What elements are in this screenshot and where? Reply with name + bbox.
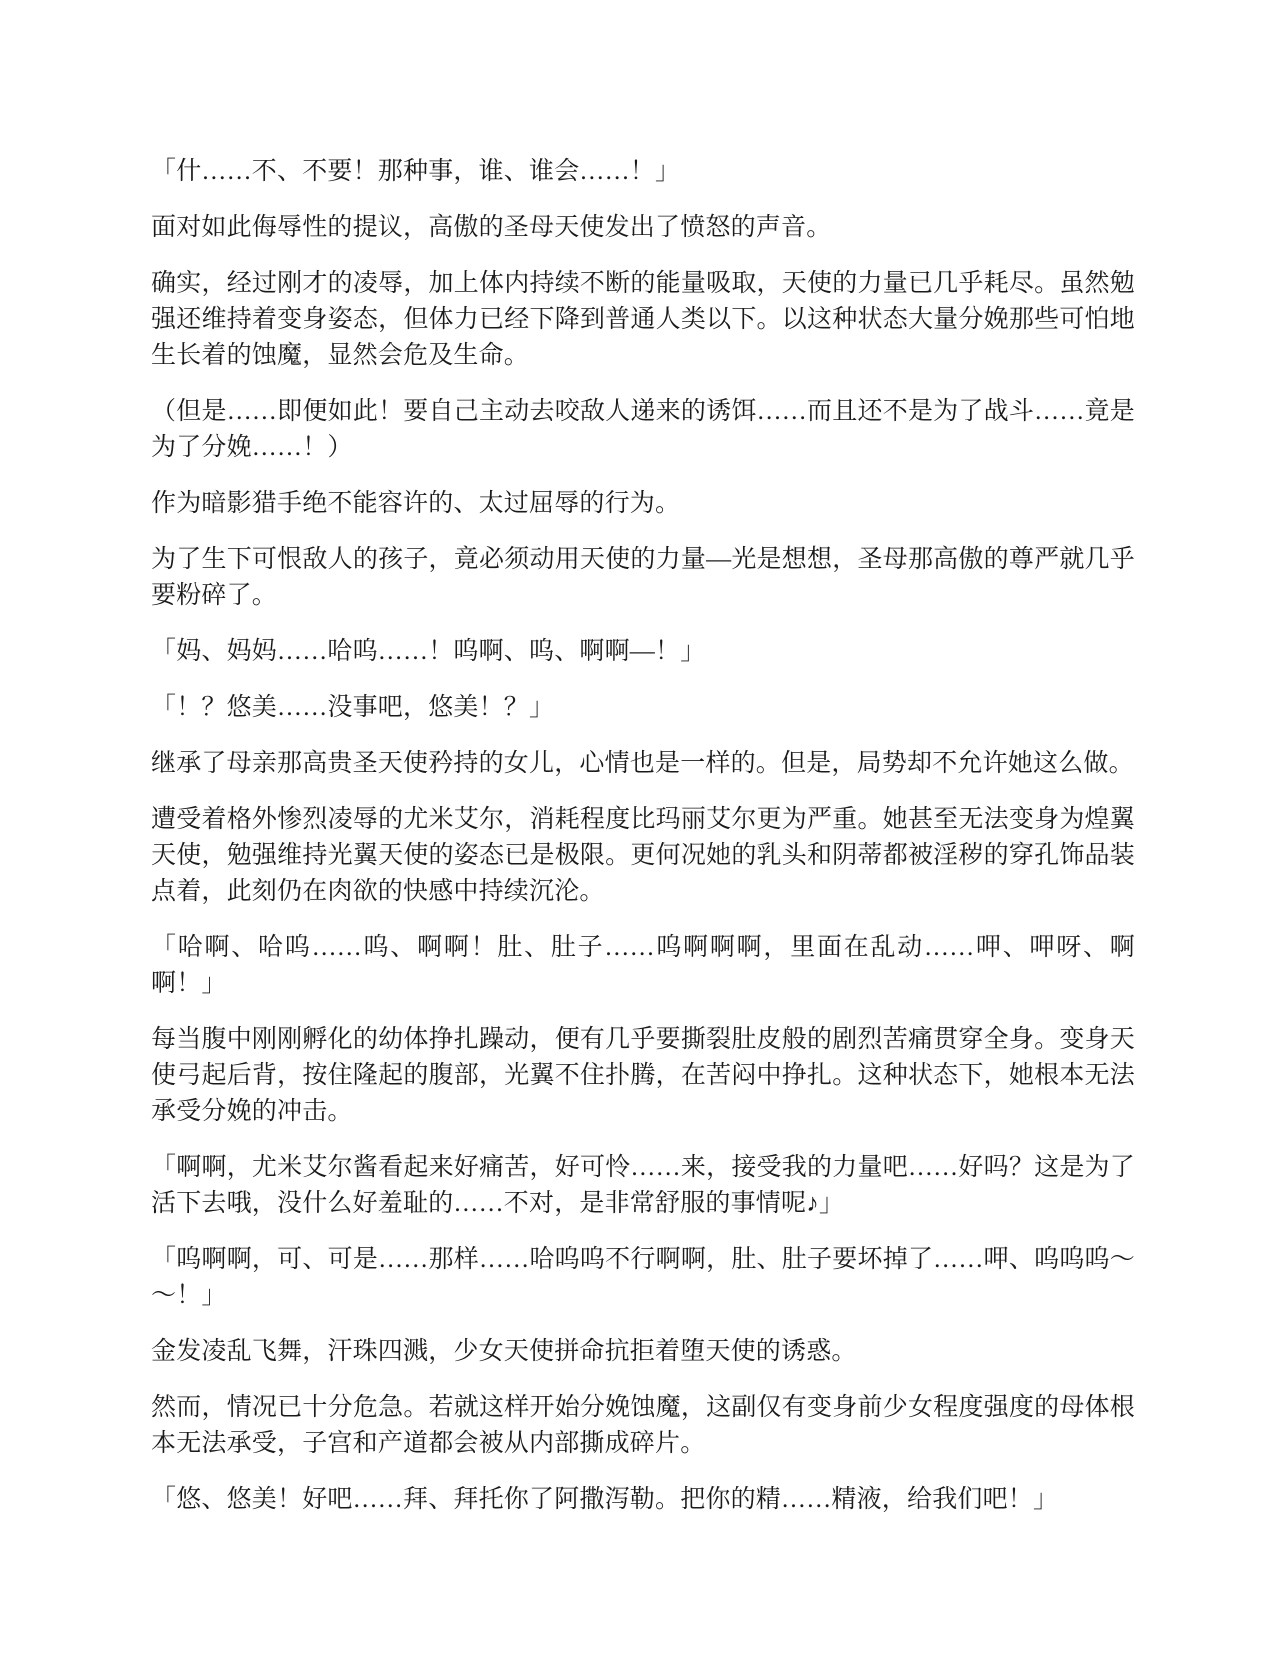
paragraph: （但是……即便如此！要自己主动去咬敌人递来的诱饵……而且还不是为了战斗……竟是为… xyxy=(151,394,1135,466)
paragraph: 「什……不、不要！那种事，谁、谁会……！」 xyxy=(151,154,1135,190)
paragraph: 面对如此侮辱性的提议，高傲的圣母天使发出了愤怒的声音。 xyxy=(151,210,1135,246)
paragraph: 作为暗影猎手绝不能容许的、太过屈辱的行为。 xyxy=(151,486,1135,522)
paragraph: 「悠、悠美！好吧……拜、拜托你了阿撒泻勒。把你的精……精液，给我们吧！」 xyxy=(151,1482,1135,1518)
paragraph: 「妈、妈妈……哈呜……！呜啊、呜、啊啊—！」 xyxy=(151,634,1135,670)
paragraph: 金发凌乱飞舞，汗珠四溅，少女天使拼命抗拒着堕天使的诱惑。 xyxy=(151,1334,1135,1370)
paragraph: 「啊啊，尤米艾尔酱看起来好痛苦，好可怜……来，接受我的力量吧……好吗？这是为了活… xyxy=(151,1150,1135,1222)
paragraph: 「呜啊啊，可、可是……那样……哈呜呜不行啊啊，肚、肚子要坏掉了……呷、呜呜呜～～… xyxy=(151,1242,1135,1314)
document-page: 「什……不、不要！那种事，谁、谁会……！」 面对如此侮辱性的提议，高傲的圣母天使… xyxy=(0,0,1280,1656)
paragraph: 每当腹中刚刚孵化的幼体挣扎躁动，便有几乎要撕裂肚皮般的剧烈苦痛贯穿全身。变身天使… xyxy=(151,1022,1135,1130)
paragraph: 「！？悠美……没事吧，悠美！？」 xyxy=(151,690,1135,726)
paragraph: 为了生下可恨敌人的孩子，竟必须动用天使的力量—光是想想，圣母那高傲的尊严就几乎要… xyxy=(151,542,1135,614)
paragraph: 「哈啊、哈呜……呜、啊啊！肚、肚子……呜啊啊啊，里面在乱动……呷、呷呀、啊啊！」 xyxy=(151,930,1135,1002)
paragraph: 遭受着格外惨烈凌辱的尤米艾尔，消耗程度比玛丽艾尔更为严重。她甚至无法变身为煌翼天… xyxy=(151,802,1135,910)
paragraph: 继承了母亲那高贵圣天使矜持的女儿，心情也是一样的。但是，局势却不允许她这么做。 xyxy=(151,746,1135,782)
text-column: 「什……不、不要！那种事，谁、谁会……！」 面对如此侮辱性的提议，高傲的圣母天使… xyxy=(151,154,1135,1538)
paragraph: 然而，情况已十分危急。若就这样开始分娩蚀魔，这副仅有变身前少女程度强度的母体根本… xyxy=(151,1390,1135,1462)
paragraph: 确实，经过刚才的凌辱，加上体内持续不断的能量吸取，天使的力量已几乎耗尽。虽然勉强… xyxy=(151,266,1135,374)
